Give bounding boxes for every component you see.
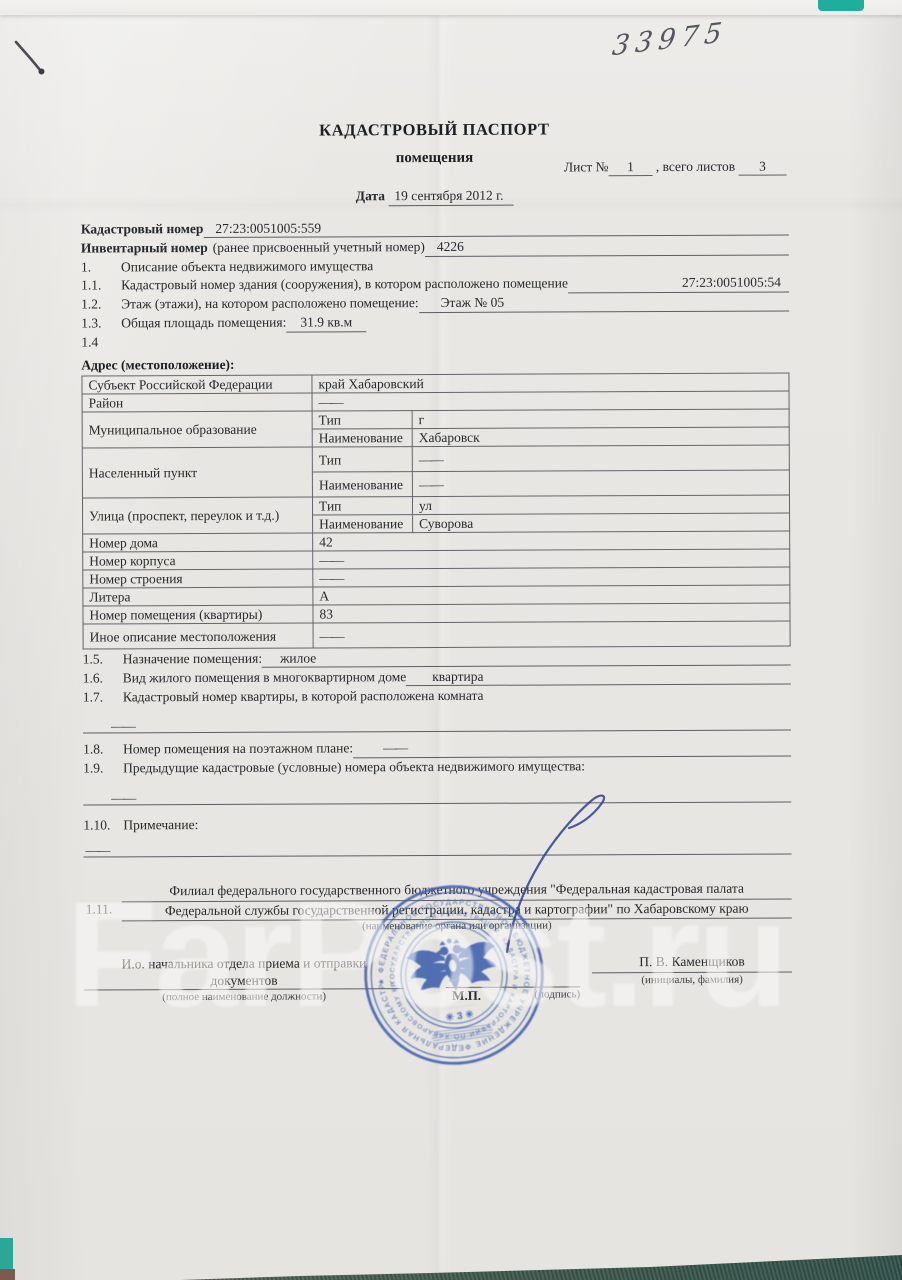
item-1-10-dash: —— bbox=[83, 840, 791, 857]
address-table: Субъект Российской Федерациикрай Хабаров… bbox=[81, 372, 790, 649]
dash-value: —— bbox=[85, 842, 108, 857]
item-number: 1.8. bbox=[83, 741, 123, 758]
item-number: 1.2. bbox=[81, 296, 121, 313]
address-cell-value: —— bbox=[313, 621, 790, 648]
address-row-label: Номер корпуса bbox=[83, 551, 313, 570]
item-value: —— bbox=[353, 738, 791, 757]
address-row-label: Номер строения bbox=[83, 569, 313, 588]
item-number: 1. bbox=[81, 259, 121, 276]
address-row-label: Улица (проспект, переулок и т.д.) bbox=[82, 497, 312, 534]
item-text: Назначение помещения: bbox=[123, 650, 262, 667]
dash-value: —— bbox=[111, 790, 134, 805]
item-1-1: 1.1. Кадастровый номер здания (сооружени… bbox=[81, 274, 789, 295]
address-row-label: Муниципальное образование bbox=[82, 411, 312, 448]
cadastral-number-label: Кадастровый номер bbox=[81, 221, 204, 238]
address-cell-value: —— bbox=[412, 445, 789, 472]
address-cell-type: Тип bbox=[312, 497, 412, 515]
item-text: Этаж (этажи), на котором расположено пом… bbox=[121, 295, 419, 313]
official-round-stamp: ★ ФЕДЕРАЛЬНОЕ ГОСУДАРСТВЕННОЕ БЮДЖЕТНОЕ … bbox=[344, 869, 564, 1080]
date-label: Дата bbox=[356, 188, 385, 203]
item-text: Вид жилого помещения в многоквартирном д… bbox=[123, 669, 407, 687]
backing-sheet-edge bbox=[0, 0, 902, 15]
cadastral-number-value: 27:23:0051005:559 bbox=[203, 218, 788, 238]
document-content: КАДАСТРОВЫЙ ПАСПОРТ помещения Лист №1 , … bbox=[80, 0, 792, 1006]
sheet-counter: Лист №1 , всего листов 3 bbox=[564, 158, 787, 176]
item-number: 1.5. bbox=[83, 651, 123, 668]
address-cell-type: Тип bbox=[312, 411, 412, 429]
address-table-row: Населенный пунктТип—— bbox=[82, 445, 789, 473]
item-value: квартира bbox=[406, 667, 791, 686]
address-cell-value: —— bbox=[412, 470, 789, 497]
address-row-label: Литера bbox=[83, 587, 313, 606]
address-cell-value: 83 bbox=[313, 603, 790, 623]
cadastral-number-row: Кадастровый номер 27:23:0051005:559 bbox=[81, 218, 789, 239]
item-number: 1.4 bbox=[81, 334, 121, 351]
address-cell-value: Хабаровск bbox=[412, 427, 789, 447]
address-row-label: Иное описание местоположения bbox=[83, 623, 313, 649]
item-1-2: 1.2. Этаж (этажи), на котором расположен… bbox=[81, 293, 789, 314]
address-row-label: Номер дома bbox=[83, 533, 313, 552]
item-number: 1.7. bbox=[83, 689, 123, 706]
item-1-3: 1.3. Общая площадь помещения: 31.9 кв.м bbox=[81, 312, 789, 333]
item-value: жилое bbox=[262, 648, 791, 668]
item-1-10: 1.10. Примечание: bbox=[83, 814, 791, 834]
document-title: КАДАСТРОВЫЙ ПАСПОРТ bbox=[80, 120, 788, 140]
sheet-total: 3 bbox=[739, 158, 787, 176]
item-number: 1.11. bbox=[86, 901, 113, 918]
item-1-5: 1.5. Назначение помещения: жилое bbox=[83, 648, 791, 669]
item-1-9-dash: —— bbox=[83, 788, 791, 805]
position-caption: (полное наименование должности) bbox=[84, 989, 404, 1004]
background-patch-brown bbox=[0, 1269, 15, 1280]
item-text: Кадастровый номер квартиры, в которой ра… bbox=[123, 687, 484, 705]
item-number: 1.1. bbox=[81, 277, 121, 294]
address-heading: Адрес (местоположение): bbox=[81, 354, 789, 374]
background-patch-bottom-left bbox=[0, 1238, 13, 1271]
double-headed-eagle-icon bbox=[406, 933, 500, 996]
item-1-9: 1.9. Предыдущие кадастровые (условные) н… bbox=[83, 757, 791, 777]
item-value: Этаж № 05 bbox=[419, 293, 790, 312]
item-value: 31.9 кв.м bbox=[286, 314, 366, 332]
address-cell-value: —— bbox=[312, 391, 789, 411]
item-text: Кадастровый номер здания (сооружения), в… bbox=[121, 275, 568, 293]
item-number: 1.9. bbox=[83, 760, 123, 777]
inventory-number-label: Инвентарный номер bbox=[81, 240, 208, 257]
address-cell-value: —— bbox=[313, 549, 790, 569]
inventory-number-value: 4226 bbox=[425, 237, 789, 256]
item-1-8: 1.8. Номер помещения на поэтажном плане:… bbox=[83, 738, 791, 759]
item-1-6: 1.6. Вид жилого помещения в многоквартир… bbox=[83, 667, 791, 688]
address-cell-type: Тип bbox=[312, 447, 412, 472]
address-row-label: Населенный пункт bbox=[82, 447, 312, 498]
date-value: 19 сентября 2012 г. bbox=[388, 188, 513, 206]
signature-name-block: П. В. Каменщиков (инициалы, фамилия) bbox=[592, 953, 792, 1003]
item-1-4: 1.4 bbox=[81, 331, 789, 351]
address-cell-type: Наименование bbox=[313, 515, 413, 533]
address-cell-type: Наименование bbox=[312, 472, 412, 497]
dash-value: —— bbox=[111, 718, 134, 733]
address-cell-value: 42 bbox=[313, 531, 790, 551]
item-number: 1.10. bbox=[83, 817, 123, 834]
address-row-label: Номер помещения (квартиры) bbox=[83, 605, 313, 624]
item-text: Номер помещения на поэтажном плане: bbox=[123, 740, 353, 758]
item-1: 1. Описание объекта недвижимого имуществ… bbox=[81, 256, 789, 276]
item-value: 27:23:0051005:54 bbox=[568, 274, 789, 292]
item-1-7-dash: —— bbox=[83, 716, 791, 733]
sheet-number: 1 bbox=[608, 159, 652, 177]
address-cell-value: г bbox=[412, 409, 789, 429]
sheet-separator: , всего листов bbox=[656, 158, 735, 173]
item-number: 1.6. bbox=[83, 670, 123, 687]
name-caption: (инициалы, фамилия) bbox=[592, 972, 792, 987]
document-subtitle: помещения bbox=[396, 149, 474, 165]
date-row: Дата 19 сентября 2012 г. bbox=[81, 186, 789, 207]
background-patch-top bbox=[818, 0, 864, 11]
address-cell-value: А bbox=[313, 585, 790, 605]
item-text: Общая площадь помещения: bbox=[121, 315, 286, 332]
stamp-center-number: ✳ 3 ✳ bbox=[445, 1009, 475, 1024]
address-cell-value: —— bbox=[313, 567, 790, 587]
inventory-number-row: Инвентарный номер (ранее присвоенный уче… bbox=[81, 237, 789, 258]
item-number: 1.3. bbox=[81, 315, 121, 332]
inventory-number-note: (ранее присвоенный учетный номер) bbox=[208, 239, 425, 256]
address-cell-value: край Хабаровский bbox=[312, 373, 789, 393]
official-name: П. В. Каменщиков bbox=[592, 953, 792, 972]
address-cell-type: Наименование bbox=[312, 429, 412, 447]
item-text: Примечание: bbox=[123, 817, 198, 834]
item-text: Описание объекта недвижимого имущества bbox=[121, 258, 373, 276]
item-1-7: 1.7. Кадастровый номер квартиры, в котор… bbox=[83, 686, 791, 706]
address-row-label: Район bbox=[82, 393, 312, 412]
sheet-label: Лист № bbox=[564, 159, 609, 174]
address-table-row: Иное описание местоположения—— bbox=[83, 621, 790, 649]
address-row-label: Субъект Российской Федерации bbox=[82, 375, 312, 394]
item-text: Предыдущие кадастровые (условные) номера… bbox=[123, 758, 585, 777]
address-cell-value: ул bbox=[412, 495, 789, 515]
address-cell-value: Суворова bbox=[413, 513, 790, 533]
